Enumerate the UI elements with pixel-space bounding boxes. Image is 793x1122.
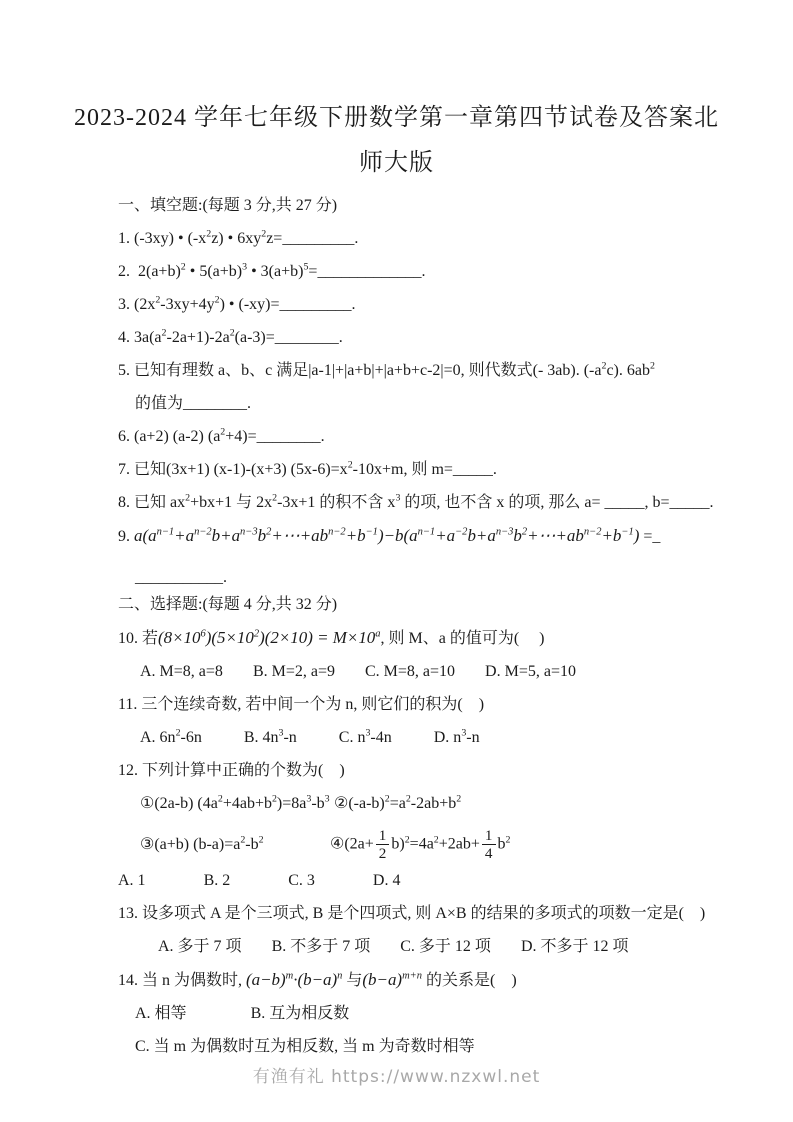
question-14-option-a: A. 相等 <box>135 1004 187 1023</box>
question-11-option-a: A. 6n2-6n <box>140 728 202 747</box>
question-12-option-c: C. 3 <box>288 871 315 890</box>
question-5-continuation: 的值为________. <box>135 394 793 413</box>
section-1-heading: 一、填空题:(每题 3 分,共 27 分) <box>118 196 793 215</box>
question-12-option-b: B. 2 <box>204 871 231 890</box>
question-11-option-d: D. n3-n <box>434 728 480 747</box>
question-12-options: A. 1 B. 2 C. 3 D. 4 <box>118 871 793 890</box>
question-13-option-d: D. 不多于 12 项 <box>521 937 629 956</box>
question-14: 14. 当 n 为偶数时, (a−b)m·(b−a)n 与(b−a)m+n 的关… <box>118 970 793 990</box>
footer-text: 有渔有礼 https://www.nzxwl.net <box>253 1067 541 1087</box>
question-12-option-a: A. 1 <box>118 871 146 890</box>
question-10-option-c: C. M=8, a=10 <box>365 662 455 681</box>
footer-watermark: 有渔有礼 https://www.nzxwl.net <box>0 1062 793 1087</box>
question-3: 3. (2x2-3xy+4y2) • (-xy)=_________. <box>118 295 793 314</box>
question-12-item-1: ①(2a-b) (4a2+4ab+b2)=8a3-b3 <box>140 794 330 813</box>
question-12-item-4: ④(2a+12b)2=4a2+2ab+14b2 <box>330 827 510 863</box>
question-7: 7. 已知(3x+1) (x-1)-(x+3) (5x-6)=x2-10x+m,… <box>118 460 793 479</box>
page-title-line1: 2023-2024 学年七年级下册数学第一章第四节试卷及答案北 <box>74 105 719 131</box>
question-10-option-d: D. M=5, a=10 <box>485 662 576 681</box>
question-11-option-b: B. 4n3-n <box>244 728 297 747</box>
question-13-options: A. 多于 7 项 B. 不多于 7 项 C. 多于 12 项 D. 不多于 1… <box>158 937 793 956</box>
question-14-option-c: C. 当 m 为偶数时互为相反数, 当 m 为奇数时相等 <box>135 1037 793 1056</box>
question-10-option-b: B. M=2, a=9 <box>253 662 335 681</box>
question-11-options: A. 6n2-6n B. 4n3-n C. n3-4n D. n3-n <box>140 728 793 747</box>
question-10-option-a: A. M=8, a=8 <box>140 662 223 681</box>
question-4: 4. 3a(a2-2a+1)-2a2(a-3)=________. <box>118 328 793 347</box>
page-title: 2023-2024 学年七年级下册数学第一章第四节试卷及答案北师大版 <box>0 0 793 186</box>
question-13: 13. 设多项式 A 是个三项式, B 是个四项式, 则 A×B 的结果的多项式… <box>118 904 793 923</box>
page-title-line2: 师大版 <box>359 150 434 176</box>
question-11-option-c: C. n3-4n <box>339 728 392 747</box>
exam-body: 一、填空题:(每题 3 分,共 27 分) 1. (-3xy) • (-x2z)… <box>0 186 793 1056</box>
question-12: 12. 下列计算中正确的个数为( ) <box>118 761 793 780</box>
question-12-option-d: D. 4 <box>373 871 401 890</box>
question-8: 8. 已知 ax2+bx+1 与 2x2-3x+1 的积不含 x3 的项, 也不… <box>118 493 793 512</box>
section-2-heading: 二、选择题:(每题 4 分,共 32 分) <box>118 595 793 614</box>
question-1: 1. (-3xy) • (-x2z) • 6xy2z=_________. <box>118 229 793 248</box>
question-9-blank: ___________. <box>135 568 793 587</box>
question-2: 2. 2(a+b)2 • 5(a+b)3 • 3(a+b)5=_________… <box>118 262 793 281</box>
question-13-option-a: A. 多于 7 项 <box>158 937 242 956</box>
question-10: 10. 若(8×106)(5×102)(2×10) = M×10a, 则 M、a… <box>118 628 793 648</box>
question-14-option-b: B. 互为相反数 <box>251 1004 350 1023</box>
question-12-item-3: ③(a+b) (b-a)=a2-b2 <box>140 835 330 854</box>
exam-document-page: 2023-2024 学年七年级下册数学第一章第四节试卷及答案北师大版 一、填空题… <box>0 0 793 1122</box>
question-12-items-row2: ③(a+b) (b-a)=a2-b2 ④(2a+12b)2=4a2+2ab+14… <box>140 827 793 863</box>
question-9: 9. a(an−1+an−2b+an−3b2+⋯+abn−2+b−1)−b(an… <box>118 526 793 546</box>
question-14-options-row1: A. 相等 B. 互为相反数 <box>135 1004 793 1023</box>
question-13-option-b: B. 不多于 7 项 <box>272 937 371 956</box>
question-11: 11. 三个连续奇数, 若中间一个为 n, 则它们的积为( ) <box>118 695 793 714</box>
question-5: 5. 已知有理数 a、b、c 满足|a-1|+|a+b|+|a+b+c-2|=0… <box>118 361 793 380</box>
question-12-item-2: ②(-a-b)2=a2-2ab+b2 <box>334 795 461 812</box>
question-12-items-row1: ①(2a-b) (4a2+4ab+b2)=8a3-b3 ②(-a-b)2=a2-… <box>140 794 793 813</box>
question-13-option-c: C. 多于 12 项 <box>400 937 491 956</box>
question-10-options: A. M=8, a=8 B. M=2, a=9 C. M=8, a=10 D. … <box>140 662 793 681</box>
question-6: 6. (a+2) (a-2) (a2+4)=________. <box>118 427 793 446</box>
